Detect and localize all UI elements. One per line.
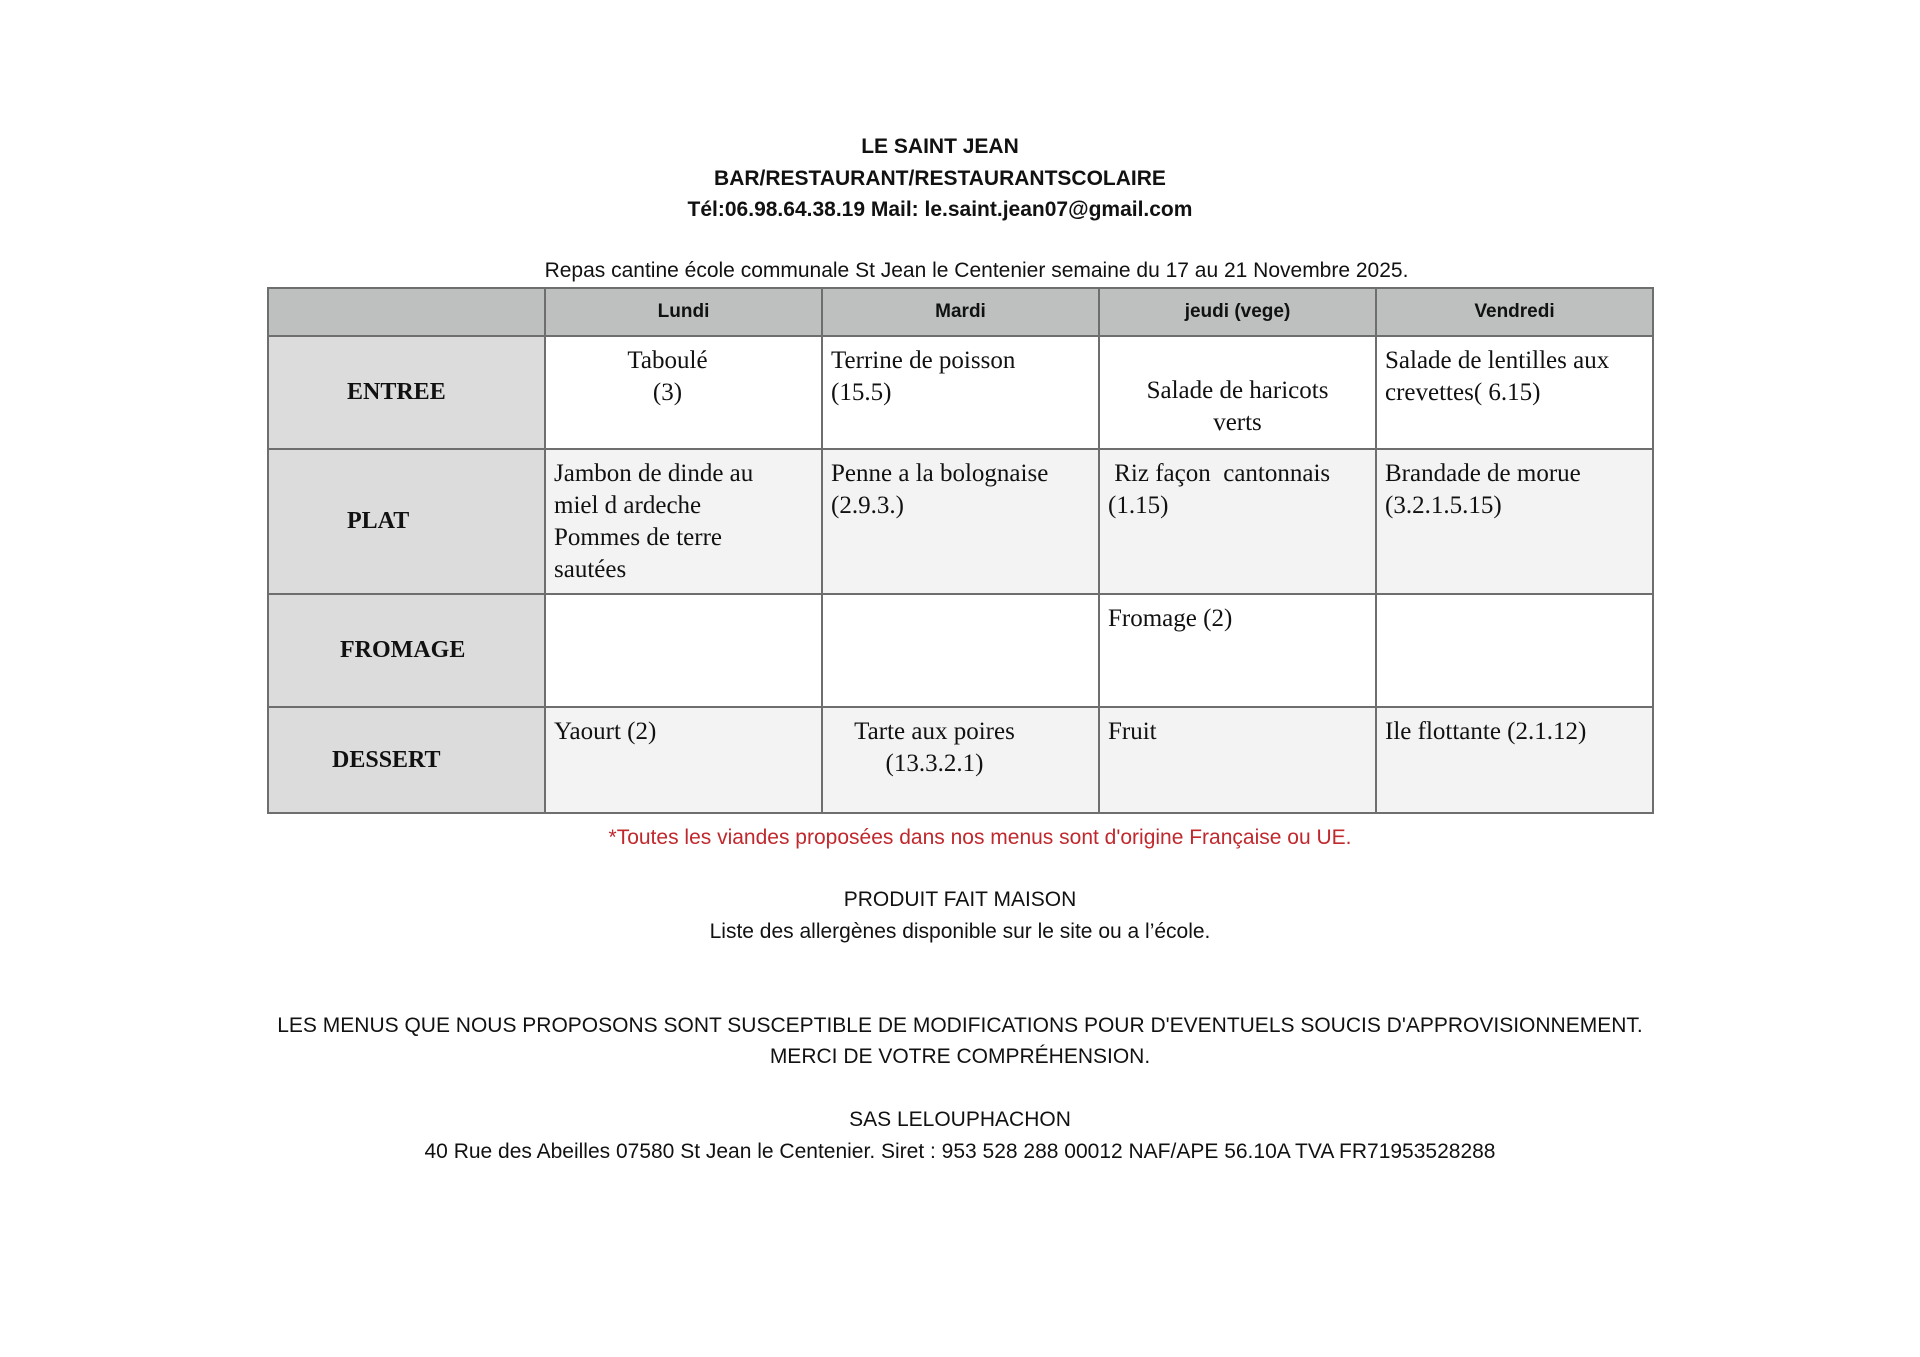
cell-plat-mardi: Penne a la bolognaise (2.9.3.) xyxy=(822,449,1099,594)
allergens-text: Liste des allergènes disponible sur le s… xyxy=(710,920,1211,943)
allergens-note: Liste des allergènes disponible sur le s… xyxy=(0,919,1920,945)
cell-plat-vendredi: Brandade de morue (3.2.1.5.15) xyxy=(1376,449,1653,594)
row-label-plat: PLAT xyxy=(268,449,545,594)
cell-text: Ile flottante (2.1.12) xyxy=(1377,708,1652,748)
row-label-text: PLAT xyxy=(269,508,544,535)
cell-dessert-jeudi: Fruit xyxy=(1099,707,1376,813)
menu-changes-text: LES MENUS QUE NOUS PROPOSONS SONT SUSCEP… xyxy=(277,1014,1642,1037)
address-text: 40 Rue des Abeilles 07580 St Jean le Cen… xyxy=(425,1140,1496,1163)
table-row-dessert: DESSERT Yaourt (2) Tarte aux poires (13.… xyxy=(268,707,1653,813)
table-row-fromage: FROMAGE Fromage (2) xyxy=(268,594,1653,707)
table-row-plat: PLAT Jambon de dinde au miel d ardeche P… xyxy=(268,449,1653,594)
cell-text: Tarte aux poires (13.3.2.1) xyxy=(823,708,1098,780)
week-title: Repas cantine école communale St Jean le… xyxy=(545,259,1409,282)
cell-text xyxy=(823,595,1098,603)
homemade-label: PRODUIT FAIT MAISON xyxy=(0,887,1920,913)
cell-entree-vendredi: Salade de lentilles aux crevettes( 6.15) xyxy=(1376,336,1653,449)
row-label-dessert: DESSERT xyxy=(268,707,545,813)
meat-origin-note: *Toutes les viandes proposées dans nos m… xyxy=(609,826,1352,849)
cell-text: Terrine de poisson (15.5) xyxy=(823,337,1098,409)
cell-dessert-mardi: Tarte aux poires (13.3.2.1) xyxy=(822,707,1099,813)
restaurant-header: LE SAINT JEAN BAR/RESTAURANT/RESTAURANTS… xyxy=(0,131,1920,226)
column-header-lundi: Lundi xyxy=(545,288,822,336)
cell-entree-jeudi: Salade de haricots verts xyxy=(1099,336,1376,449)
cell-fromage-vendredi xyxy=(1376,594,1653,707)
column-header-jeudi: jeudi (vege) xyxy=(1099,288,1376,336)
row-label-fromage: FROMAGE xyxy=(268,594,545,707)
restaurant-activity: BAR/RESTAURANT/RESTAURANTSCOLAIRE xyxy=(0,163,1920,195)
row-label-text: DESSERT xyxy=(269,747,544,774)
cell-fromage-lundi xyxy=(545,594,822,707)
cell-plat-jeudi: Riz façon cantonnais (1.15) xyxy=(1099,449,1376,594)
company-address: 40 Rue des Abeilles 07580 St Jean le Cen… xyxy=(0,1139,1920,1165)
cell-text: Yaourt (2) xyxy=(546,708,821,748)
column-header-vendredi: Vendredi xyxy=(1376,288,1653,336)
table-header-row: Lundi Mardi jeudi (vege) Vendredi xyxy=(268,288,1653,336)
cell-dessert-lundi: Yaourt (2) xyxy=(545,707,822,813)
cell-text xyxy=(1377,595,1652,603)
cell-text: Penne a la bolognaise (2.9.3.) xyxy=(823,450,1098,522)
cell-text: Taboulé (3) xyxy=(546,337,821,409)
menu-table: Lundi Mardi jeudi (vege) Vendredi ENTREE… xyxy=(267,287,1654,814)
thanks-note: MERCI DE VOTRE COMPRÉHENSION. xyxy=(0,1044,1920,1070)
cell-text xyxy=(546,595,821,603)
restaurant-contact: Tél:06.98.64.38.19 Mail: le.saint.jean07… xyxy=(0,194,1920,226)
cell-text: Riz façon cantonnais (1.15) xyxy=(1100,450,1375,522)
column-header-empty xyxy=(268,288,545,336)
restaurant-name: LE SAINT JEAN xyxy=(0,131,1920,163)
company-name: SAS LELOUPHACHON xyxy=(0,1107,1920,1133)
cell-text: Salade de lentilles aux crevettes( 6.15) xyxy=(1377,337,1652,409)
meat-origin-note-row: *Toutes les viandes proposées dans nos m… xyxy=(0,826,1920,850)
cell-entree-lundi: Taboulé (3) xyxy=(545,336,822,449)
company-text: SAS LELOUPHACHON xyxy=(849,1108,1071,1131)
cell-entree-mardi: Terrine de poisson (15.5) xyxy=(822,336,1099,449)
cell-fromage-mardi xyxy=(822,594,1099,707)
homemade-text: PRODUIT FAIT MAISON xyxy=(844,888,1077,911)
cell-text: Fromage (2) xyxy=(1100,595,1375,635)
cell-plat-lundi: Jambon de dinde au miel d ardeche Pommes… xyxy=(545,449,822,594)
menu-changes-note: LES MENUS QUE NOUS PROPOSONS SONT SUSCEP… xyxy=(0,1013,1920,1039)
cell-text: Jambon de dinde au miel d ardeche Pommes… xyxy=(546,450,821,586)
cell-dessert-vendredi: Ile flottante (2.1.12) xyxy=(1376,707,1653,813)
week-title-row: Repas cantine école communale St Jean le… xyxy=(0,258,1920,284)
cell-fromage-jeudi: Fromage (2) xyxy=(1099,594,1376,707)
cell-text: Salade de haricots verts xyxy=(1100,337,1375,439)
table-row-entree: ENTREE Taboulé (3) Terrine de poisson (1… xyxy=(268,336,1653,449)
row-label-text: ENTREE xyxy=(269,379,544,406)
cell-text: Fruit xyxy=(1100,708,1375,748)
row-label-entree: ENTREE xyxy=(268,336,545,449)
row-label-text: FROMAGE xyxy=(269,637,544,664)
thanks-text: MERCI DE VOTRE COMPRÉHENSION. xyxy=(770,1045,1150,1068)
cell-text: Brandade de morue (3.2.1.5.15) xyxy=(1377,450,1652,522)
column-header-mardi: Mardi xyxy=(822,288,1099,336)
